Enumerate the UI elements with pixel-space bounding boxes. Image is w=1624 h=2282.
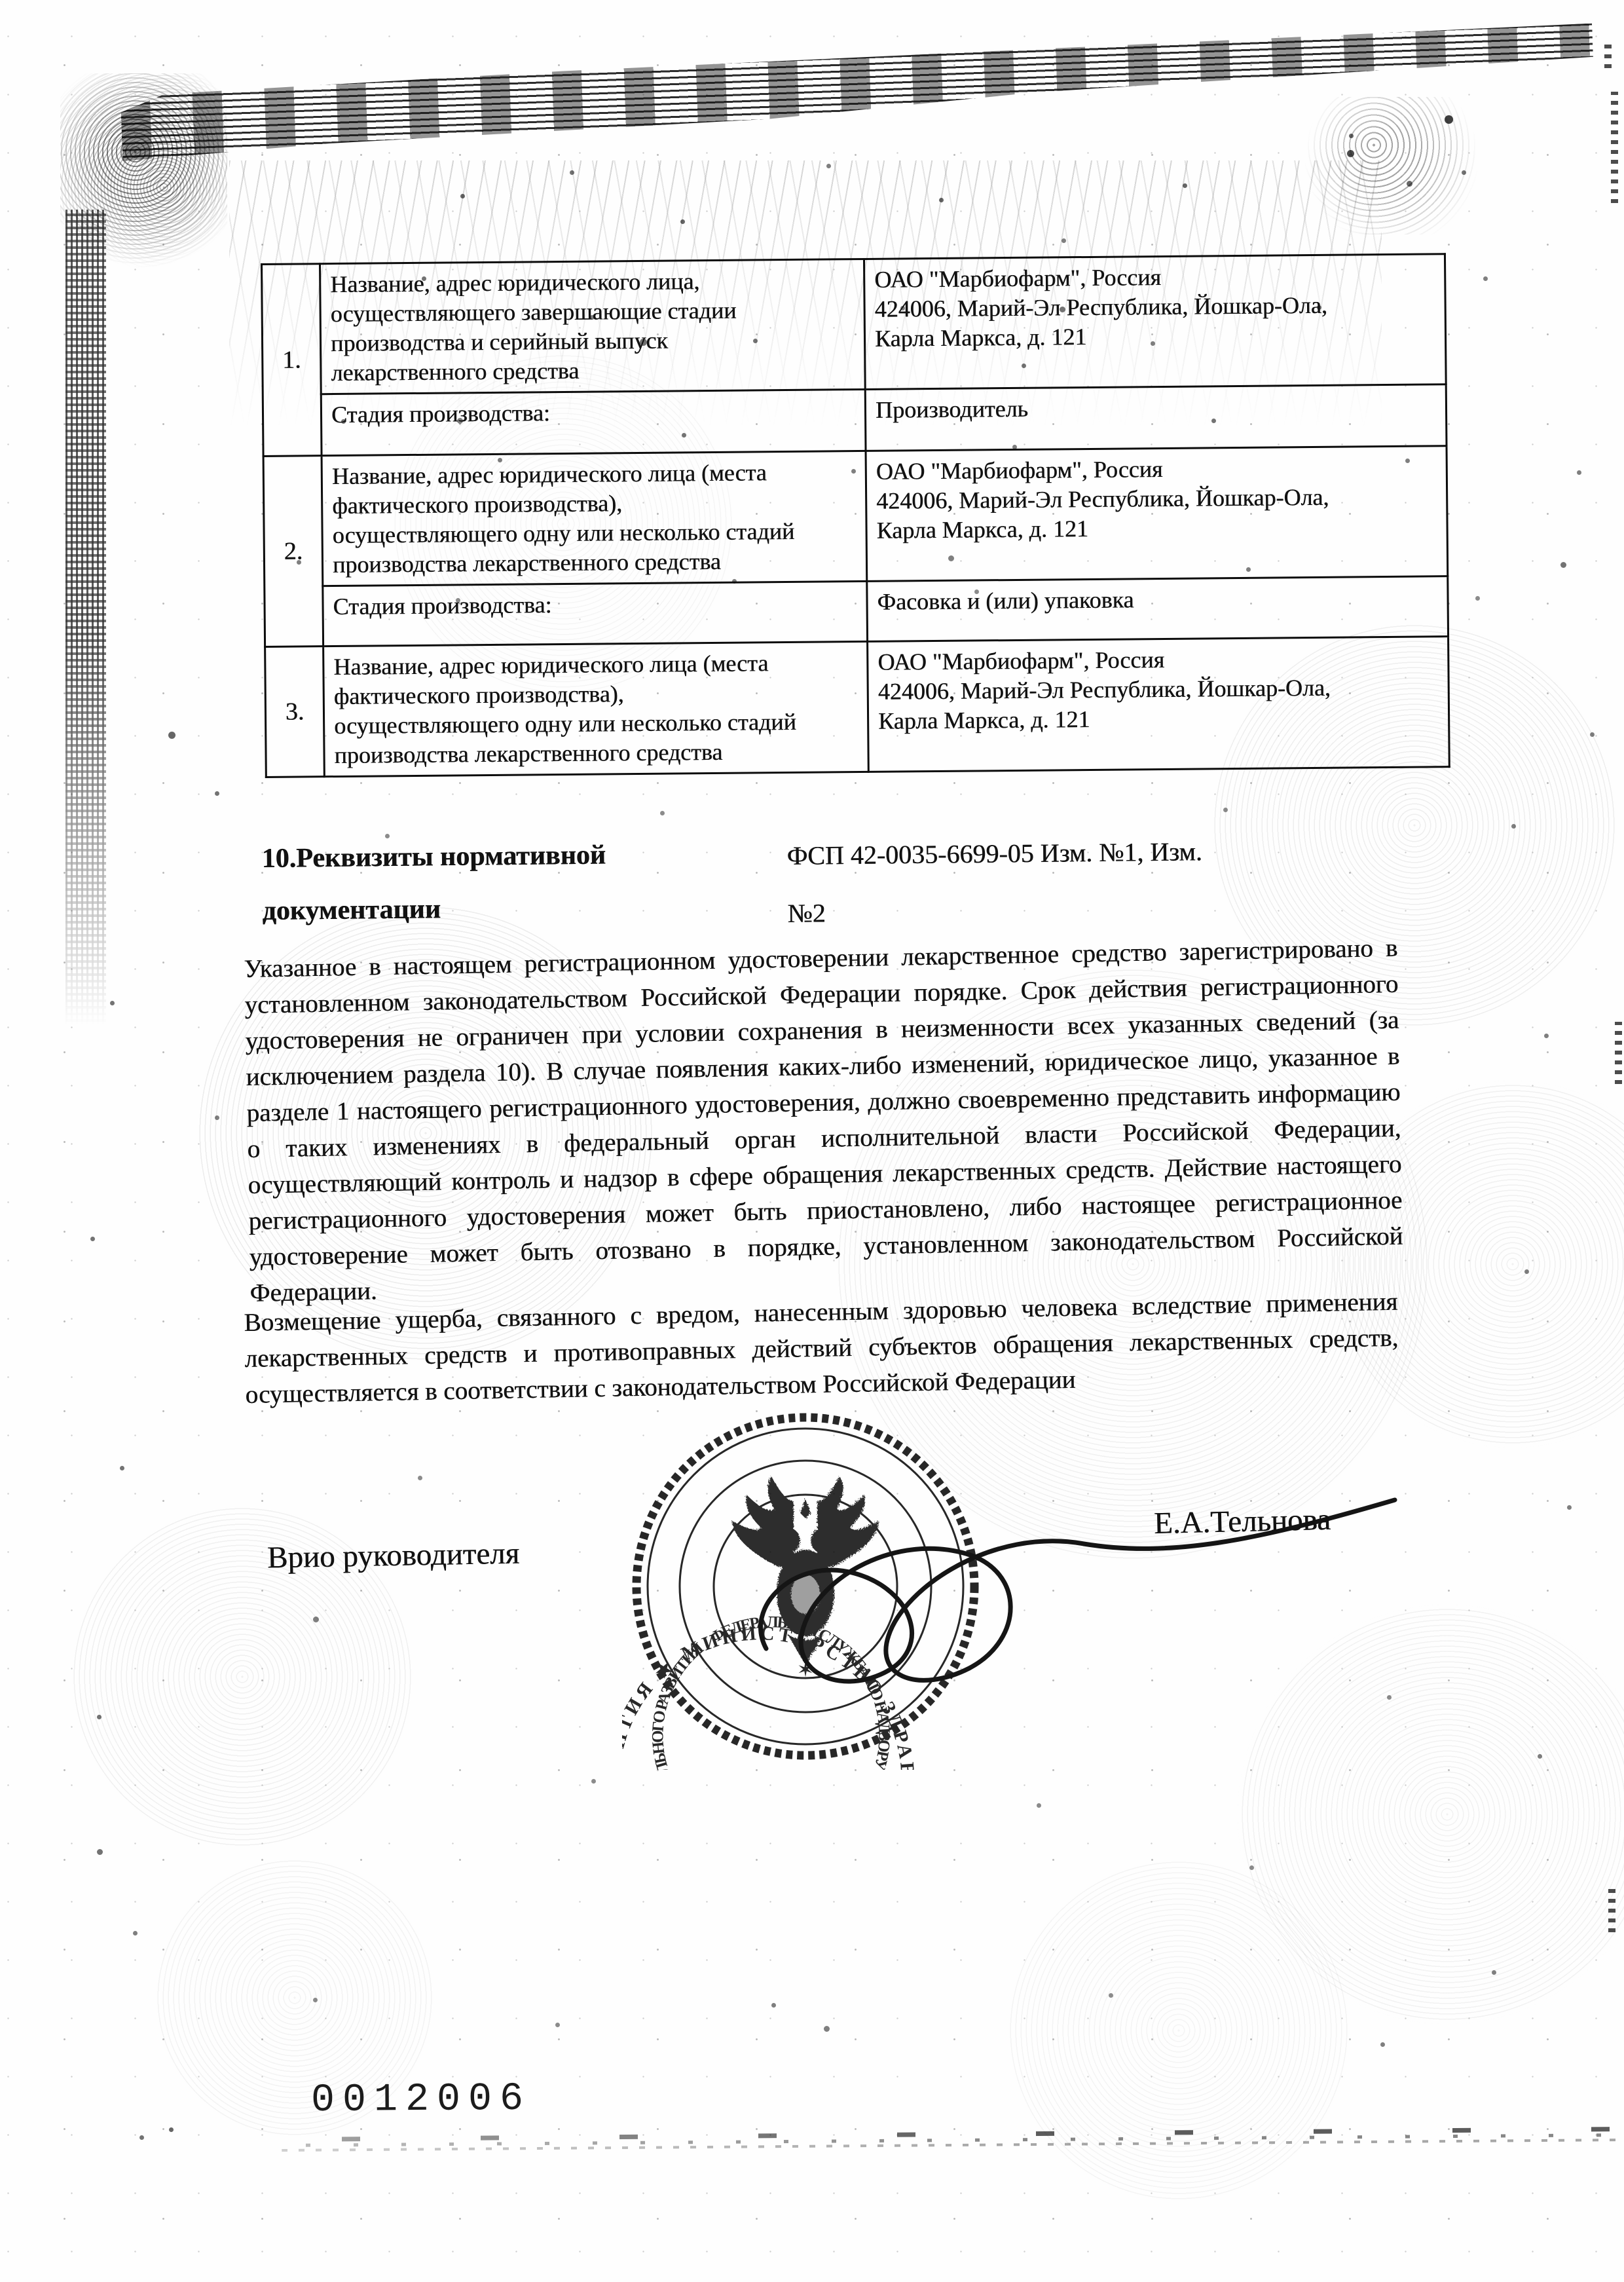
- section-10-heading: 10.Реквизиты нормативной документации: [261, 829, 642, 937]
- row-label: Стадия производства:: [323, 581, 868, 646]
- right-edge-noise: [1604, 41, 1612, 68]
- top-right-noise: [1303, 97, 1480, 234]
- legal-paragraph-2: Возмещение ущерба, связанного с вредом, …: [244, 1284, 1399, 1413]
- row-number: 3.: [265, 646, 325, 777]
- signer-name: Е.А.Тельнова: [1153, 1502, 1331, 1541]
- table-row: 2. Название, адрес юридического лица (ме…: [263, 446, 1448, 587]
- right-edge-noise: [1615, 1022, 1622, 1084]
- row-label: Стадия производства:: [321, 389, 866, 455]
- section-10-value: ФСП 42-0035-6699-05 Изм. №1, Изм. №2: [786, 821, 1403, 943]
- guilloche-texture: [1008, 1860, 1349, 2201]
- serial-number: 0012006: [311, 2077, 532, 2123]
- left-border-noise: [65, 210, 106, 1061]
- table-row: Стадия производства: Производитель: [263, 384, 1447, 457]
- scan-specks: [0, 0, 3, 3]
- bottom-scan-strip: [282, 2121, 1624, 2155]
- table-row: 1. Название, адрес юридического лица, ос…: [262, 254, 1447, 395]
- signer-title: Врио руководителя: [267, 1536, 520, 1576]
- table-row: Стадия производства: Фасовка и (или) упа…: [265, 576, 1449, 647]
- scanned-certificate-page: 1. Название, адрес юридического лица, ос…: [0, 0, 1624, 2282]
- row-number: 2.: [263, 456, 323, 647]
- row-number: 1.: [262, 264, 322, 457]
- row-label: Название, адрес юридического лица (места…: [323, 641, 869, 776]
- right-edge-noise: [1611, 92, 1618, 203]
- row-value: ОАО "Марбиофарм", Россия 424006, Марий-Э…: [866, 446, 1448, 582]
- row-label: Название, адрес юридического лица, осуще…: [320, 259, 866, 394]
- row-value: Фасовка и (или) упаковка: [867, 576, 1449, 642]
- manufacturer-table: 1. Название, адрес юридического лица, ос…: [261, 253, 1450, 778]
- row-label: Название, адрес юридического лица (места…: [322, 451, 867, 586]
- legal-paragraph-1: Указанное в настоящем регистрационном уд…: [244, 930, 1404, 1311]
- row-value: ОАО "Марбиофарм", Россия 424006, Марий-Э…: [868, 637, 1450, 772]
- row-value: ОАО "Марбиофарм", Россия 424006, Марий-Э…: [864, 254, 1446, 390]
- row-value: Производитель: [865, 384, 1447, 451]
- table-row: 3. Название, адрес юридического лица (ме…: [265, 637, 1450, 777]
